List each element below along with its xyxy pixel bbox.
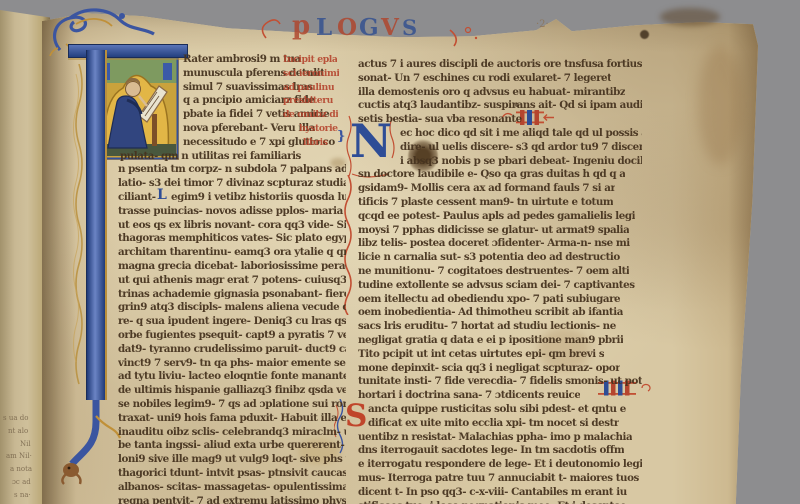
manuscript-photo: pLOGVS ·2· Rater ambrosi9 m tuamunuscula… [0, 0, 800, 504]
header-letter: S [402, 17, 418, 38]
manuscript-page [42, 0, 758, 504]
header-letter: V [381, 16, 400, 39]
gutter-shadow [42, 0, 76, 504]
page-top-shading [42, 0, 758, 52]
page-edge-shading [728, 0, 758, 504]
